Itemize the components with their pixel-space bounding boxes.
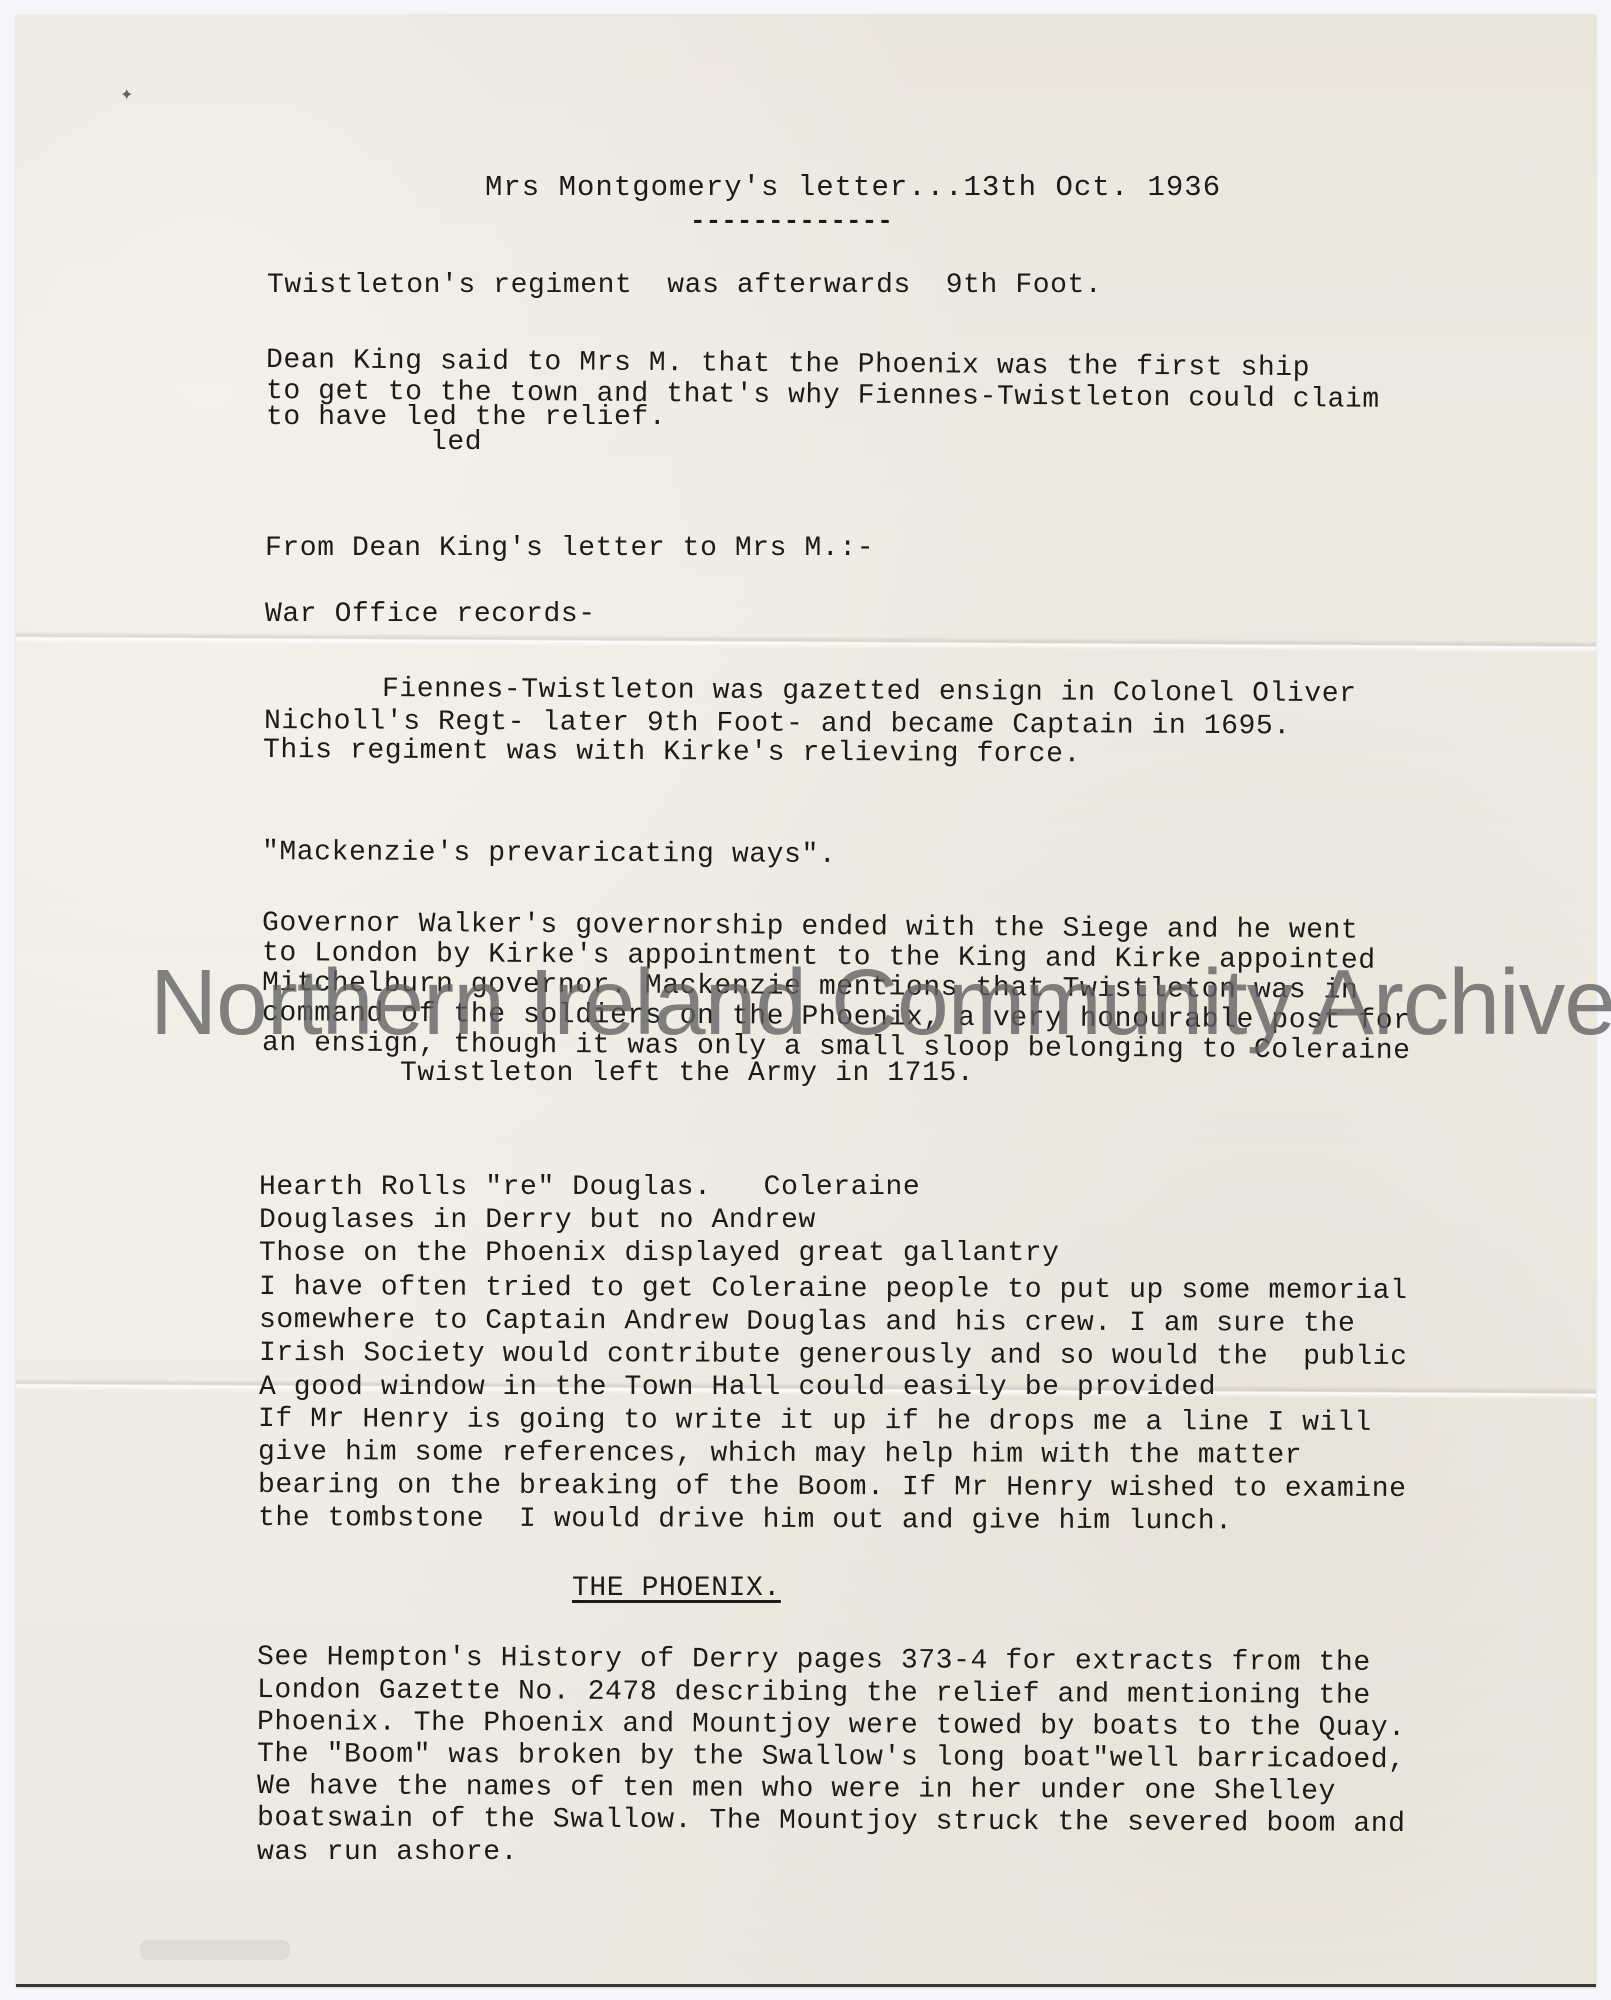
- text-line: Twistleton's regiment was afterwards 9th…: [267, 270, 1102, 302]
- pin-hole-mark-icon: ✦: [120, 85, 134, 103]
- section-heading: THE PHOENIX.: [572, 1573, 781, 1605]
- pencil-smudge: [140, 1940, 290, 1960]
- text-line: Twistleton left the Army in 1715.: [400, 1058, 974, 1090]
- text-line: Irish Society would contribute generousl…: [259, 1338, 1408, 1374]
- text-line: I have often tried to get Coleraine peop…: [259, 1272, 1408, 1308]
- section-label: War Office records-: [265, 599, 596, 631]
- text-line: bearing on the breaking of the Boom. If …: [258, 1470, 1407, 1506]
- document-title: Mrs Montgomery's letter...13th Oct. 1936: [485, 172, 1221, 204]
- typed-correction: led: [430, 427, 482, 459]
- text-line: Fiennes-Twistleton was gazetted ensign i…: [382, 674, 1357, 711]
- text-line: See Hempton's History of Derry pages 373…: [257, 1642, 1371, 1680]
- text-line: A good window in the Town Hall could eas…: [259, 1372, 1216, 1404]
- text-line: Hearth Rolls "re" Douglas. Coleraine: [259, 1172, 920, 1204]
- text-line: was run ashore.: [257, 1837, 518, 1869]
- text-line: Those on the Phoenix displayed great gal…: [259, 1238, 1060, 1270]
- text-line: give him some references, which may help…: [258, 1437, 1302, 1473]
- section-label: From Dean King's letter to Mrs M.:-: [265, 533, 874, 565]
- text-line: This regiment was with Kirke's relieving…: [263, 735, 1081, 771]
- text-line: boatswain of the Swallow. The Mountjoy s…: [257, 1803, 1406, 1841]
- text-line: Douglases in Derry but no Andrew: [259, 1205, 816, 1237]
- text-line: If Mr Henry is going to write it up if h…: [258, 1404, 1372, 1440]
- quote-line: "Mackenzie's prevaricating ways".: [262, 837, 836, 872]
- text-line: the tombstone I would drive him out and …: [258, 1503, 1233, 1538]
- text-line: somewhere to Captain Andrew Douglas and …: [259, 1305, 1355, 1341]
- title-underline-rule: -------------: [690, 205, 893, 237]
